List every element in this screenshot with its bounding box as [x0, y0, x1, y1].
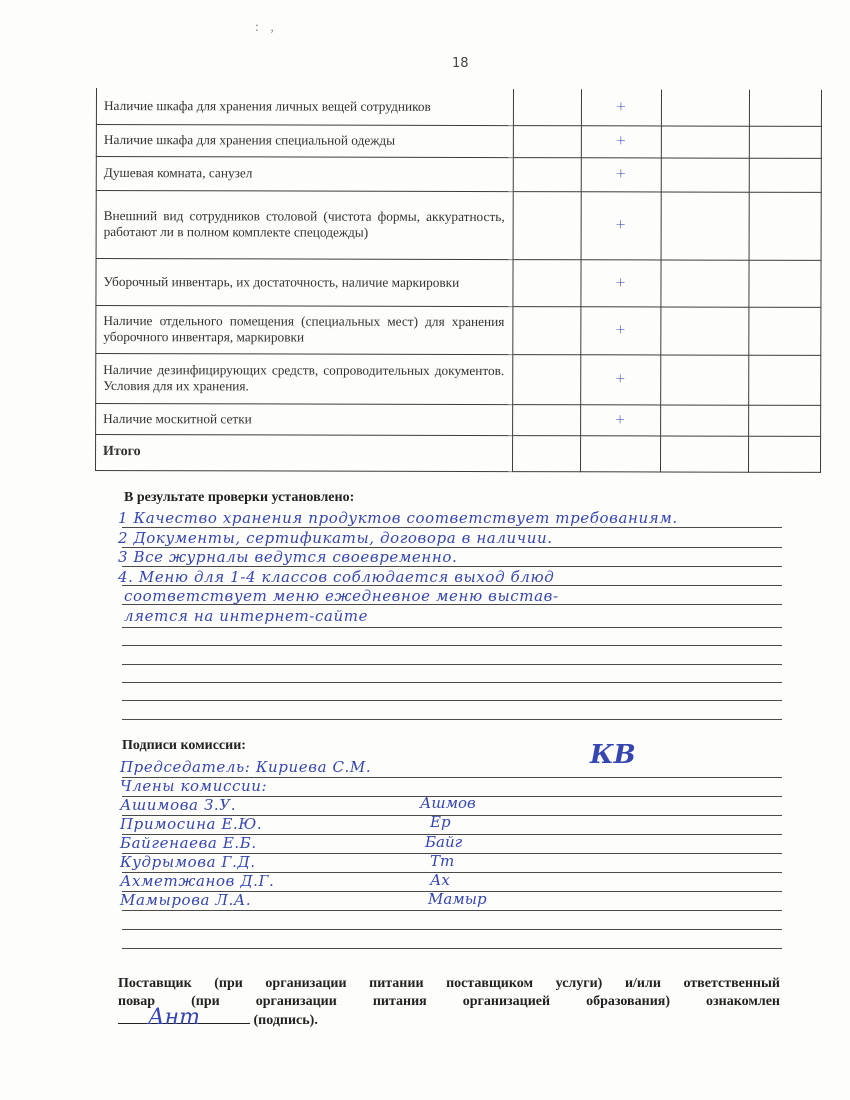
footer-line-1: Поставщик (при организации питании поста…: [118, 975, 780, 993]
criterion-cell: Душевая комната, санузел: [96, 156, 513, 191]
ruled-line: [122, 910, 782, 911]
col5-cell: [749, 260, 821, 307]
page-number: 18: [452, 56, 469, 71]
total-cell: [512, 435, 580, 471]
col4-cell: [661, 259, 749, 306]
table-row: Наличие шкафа для хранения личных вещей …: [96, 88, 821, 126]
ruled-line: [122, 627, 782, 628]
ruled-line: [122, 645, 782, 646]
col2-cell: [513, 191, 581, 259]
finding-line: ляется на интернет-сайте: [124, 607, 368, 625]
member-signature: Мамыр: [428, 890, 487, 908]
col4-cell: [661, 191, 749, 259]
col4-cell: [661, 354, 749, 404]
table-row: Внешний вид сотрудников столовой (чистот…: [96, 190, 821, 260]
col4-cell: [661, 404, 749, 435]
mark-cell: +: [581, 125, 661, 157]
table-row: Наличие дезинфицирующих средств, сопрово…: [96, 353, 821, 405]
chair-line: Председатель: Кириева С.М.: [120, 758, 371, 776]
ruled-line: [122, 664, 782, 665]
table-row: Наличие отдельного помещения (специальны…: [96, 305, 821, 355]
ruled-line: [122, 929, 782, 930]
col5-cell: [749, 355, 821, 405]
col2-cell: [513, 89, 581, 125]
ruled-line: [122, 948, 782, 949]
finding-line: соответствует меню ежедневное меню выста…: [124, 587, 559, 605]
supplier-acknowledgement: Поставщик (при организации питании поста…: [118, 975, 780, 1030]
table-row: Наличие шкафа для хранения специальной о…: [96, 124, 821, 158]
findings-title: В результате проверки установлено:: [124, 490, 354, 506]
chair-signature: КВ: [590, 740, 636, 770]
ruled-line: [122, 719, 782, 720]
col2-cell: [513, 306, 581, 354]
criterion-cell: Наличие шкафа для хранения личных вещей …: [96, 88, 513, 125]
mark-cell: +: [581, 404, 661, 435]
footer-line-2: повар (при организации питания организац…: [118, 993, 780, 1011]
finding-line: 3 Все журналы ведутся своевременно.: [118, 548, 457, 566]
member-name: Кудрымова Г.Д.: [120, 853, 256, 871]
member-signature: Ер: [430, 813, 451, 831]
scan-speck: : ,: [255, 20, 278, 36]
col5-cell: [749, 405, 821, 436]
total-cell: [660, 435, 748, 471]
total-row: Итого: [95, 434, 820, 472]
col5-cell: [749, 192, 821, 260]
member-signature: Байг: [425, 833, 462, 851]
table-row: Уборочный инвентарь, их достаточность, н…: [96, 258, 821, 307]
total-label: Итого: [95, 434, 512, 471]
mark-cell: +: [581, 157, 661, 191]
col5-cell: [749, 126, 821, 158]
criterion-cell: Уборочный инвентарь, их достаточность, н…: [96, 258, 513, 306]
col2-cell: [513, 404, 581, 435]
table-row: Душевая комната, санузел +: [96, 156, 821, 192]
member-signature: Ах: [430, 871, 450, 889]
member-name: Мамырова Л.А.: [120, 891, 251, 909]
col2-cell: [513, 259, 581, 306]
criterion-cell: Наличие отдельного помещения (специальны…: [96, 305, 513, 354]
sign-suffix: (подпись).: [254, 1013, 318, 1028]
ruled-line: [122, 566, 782, 567]
finding-line: 1 Качество хранения продуктов соответств…: [118, 509, 678, 527]
criterion-cell: Внешний вид сотрудников столовой (чистот…: [96, 190, 513, 259]
inspection-table: Наличие шкафа для хранения личных вещей …: [95, 88, 822, 472]
criterion-cell: Наличие москитной сетки: [96, 403, 513, 435]
mark-cell: +: [581, 89, 661, 125]
ruled-line: [122, 700, 782, 701]
criterion-cell: Наличие дезинфицирующих средств, сопрово…: [96, 353, 513, 404]
col2-cell: [513, 157, 581, 191]
col2-cell: [513, 125, 581, 157]
col5-cell: [749, 307, 821, 355]
ruled-line: [122, 527, 782, 528]
commission-title: Подписи комиссии:: [122, 738, 246, 754]
col2-cell: [513, 354, 581, 404]
col4-cell: [661, 157, 749, 191]
col4-cell: [661, 89, 749, 125]
total-cell: [748, 436, 820, 472]
criterion-cell: Наличие шкафа для хранения специальной о…: [96, 124, 513, 157]
member-name: Примосина Е.Ю.: [120, 815, 262, 833]
members-label: Члены комиссии:: [120, 777, 267, 795]
mark-cell: +: [581, 259, 661, 306]
ruled-line: [122, 682, 782, 683]
col5-cell: [749, 158, 821, 192]
supplier-signature: Ант: [148, 1005, 200, 1030]
finding-line: 4. Меню для 1-4 классов соблюдается выхо…: [118, 568, 554, 586]
col4-cell: [661, 306, 749, 354]
member-signature: Тт: [430, 852, 454, 870]
col5-cell: [749, 90, 821, 126]
finding-line: 2 Документы, сертификаты, договора в нал…: [118, 529, 553, 547]
member-name: Байгенаева Е.Б.: [120, 834, 257, 852]
mark-cell: +: [581, 306, 661, 354]
member-signature: Ашмов: [420, 794, 476, 812]
mark-cell: +: [581, 354, 661, 404]
table-row: Наличие москитной сетки +: [96, 403, 821, 436]
member-name: Ашимова З.У.: [120, 796, 236, 814]
col4-cell: [661, 125, 749, 157]
member-name: Ахметжанов Д.Г.: [120, 872, 274, 890]
mark-cell: +: [581, 191, 661, 259]
total-cell: [580, 435, 660, 471]
